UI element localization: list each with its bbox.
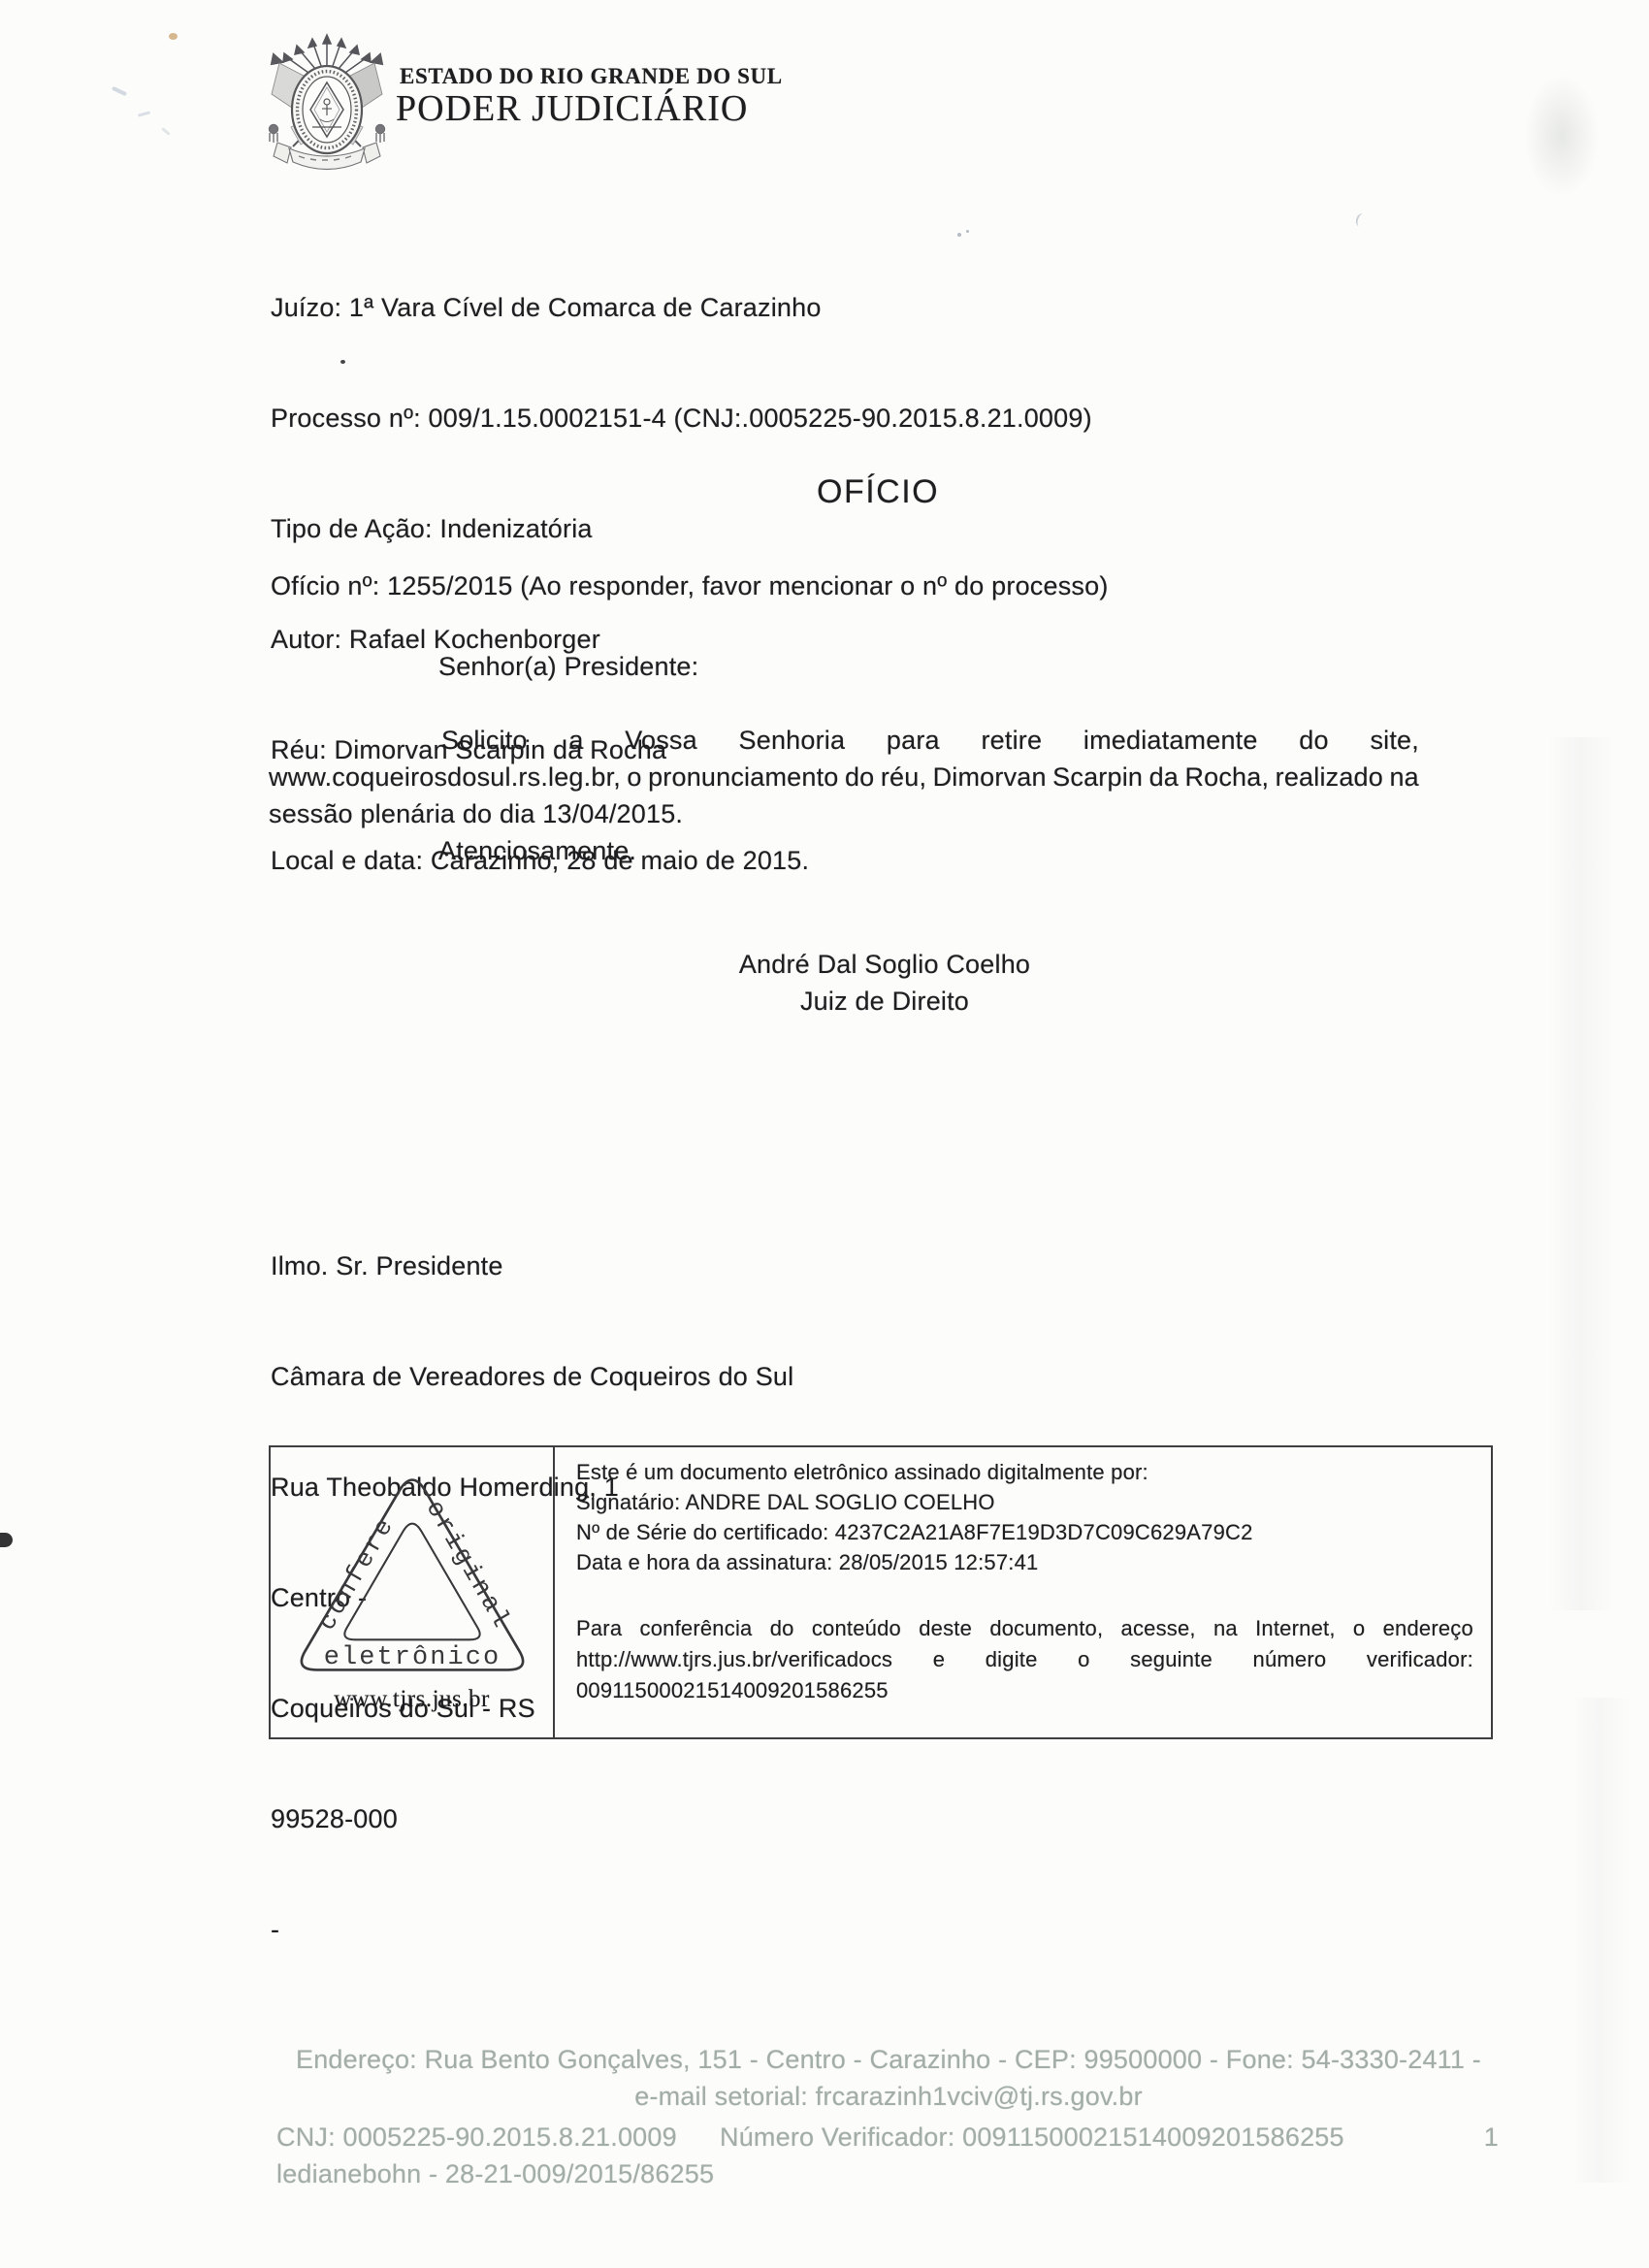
scanned-oficio-page: ESTADO DO RIO GRANDE DO SUL PODER JUDICI… xyxy=(0,0,1649,2268)
verify-instruction-line-2: http://www.tjrs.jus.br/verificadocsedigi… xyxy=(576,1644,1473,1674)
scan-streak xyxy=(1571,1698,1630,2183)
verify-number: 00911500021514009201586255 xyxy=(576,1675,1473,1705)
case-action-type: Tipo de Ação: Indenizatória xyxy=(271,510,1092,547)
recipient-line: Ilmo. Sr. Presidente xyxy=(271,1247,793,1284)
oficio-title: OFÍCIO xyxy=(817,473,939,511)
oficio-number-line: Ofício nº: 1255/2015 (Ao responder, favo… xyxy=(271,567,1109,604)
stamp-url: www.tjrs.jus.br xyxy=(271,1686,553,1713)
scan-smudge xyxy=(1354,212,1369,229)
footer-email: e-mail setorial: frcarazinh1vciv@tj.rs.g… xyxy=(276,2080,1501,2113)
footer-reference: ledianebohn - 28-21-009/2015/86255 xyxy=(276,2157,1501,2190)
case-process-number: Processo nº: 009/1.15.0002151-4 (CNJ:.00… xyxy=(271,400,1092,437)
scan-smudge xyxy=(138,111,150,116)
recipient-line: Câmara de Vereadores de Coqueiros do Sul xyxy=(271,1358,793,1395)
scan-edge-mark xyxy=(0,1533,13,1547)
scan-streak xyxy=(1547,737,1615,1610)
signed-datetime-line: Data e hora da assinatura: 28/05/2015 12… xyxy=(576,1547,1473,1577)
scan-smudge xyxy=(112,86,127,96)
case-place-date: Local e data: Carazinho, 28 de maio de 2… xyxy=(271,842,1092,879)
stamp-word-original: original xyxy=(420,1495,518,1635)
body-line-3: sessão plenária do dia 13/04/2015. xyxy=(269,795,683,832)
scan-smudge xyxy=(161,127,171,136)
box-divider xyxy=(553,1447,555,1737)
signer-name: André Dal Soglio Coelho xyxy=(269,946,1501,983)
scan-streak xyxy=(1508,49,1615,223)
digital-signature-box: confere original eletrônico www.tjrs.jus… xyxy=(269,1445,1493,1739)
footer-verifier: Número Verificador: 00911500021514009201… xyxy=(720,2121,1344,2154)
body-line-1: SolicitoaVossaSenhoriapararetireimediata… xyxy=(441,722,1419,759)
stamp-word-confere: confere xyxy=(312,1511,401,1636)
footer-cnj-row: CNJ: 0005225-90.2015.8.21.0009 Número Ve… xyxy=(276,2121,1501,2154)
footer-cnj: CNJ: 0005225-90.2015.8.21.0009 xyxy=(276,2121,677,2154)
salutation: Senhor(a) Presidente: xyxy=(438,648,698,685)
header-state: ESTADO DO RIO GRANDE DO SUL xyxy=(400,64,783,89)
closing-word: Atenciosamente. xyxy=(438,832,636,869)
recipient-line: 99528-000 xyxy=(271,1800,793,1837)
page-number: 1 xyxy=(1484,2121,1499,2154)
case-court: Juízo: 1ª Vara Cível de Comarca de Caraz… xyxy=(271,289,1092,326)
scan-speck xyxy=(169,33,178,40)
signer-role: Juiz de Direito xyxy=(269,983,1501,1020)
certificate-serial-line: Nº de Série do certificado: 4237C2A21A8F… xyxy=(576,1517,1473,1547)
body-line-2: www.coqueirosdosul.rs.leg.br,opronunciam… xyxy=(269,759,1419,795)
header-branch: PODER JUDICIÁRIO xyxy=(396,87,748,130)
rs-coat-of-arms-icon xyxy=(263,32,391,179)
verify-instruction-line-1: Paraconferênciadoconteúdodestedocumento,… xyxy=(576,1613,1473,1643)
stamp-word-eletronico: eletrônico xyxy=(324,1643,501,1672)
confere-original-stamp-icon: confere original eletrônico xyxy=(285,1465,539,1686)
signatory-line: Signatário: ANDRE DAL SOGLIO COELHO xyxy=(576,1487,1473,1517)
footer-address: Endereço: Rua Bento Gonçalves, 151 - Cen… xyxy=(276,2043,1501,2076)
recipient-line: - xyxy=(271,1911,793,1948)
signature-statement: Este é um documento eletrônico assinado … xyxy=(576,1457,1473,1487)
